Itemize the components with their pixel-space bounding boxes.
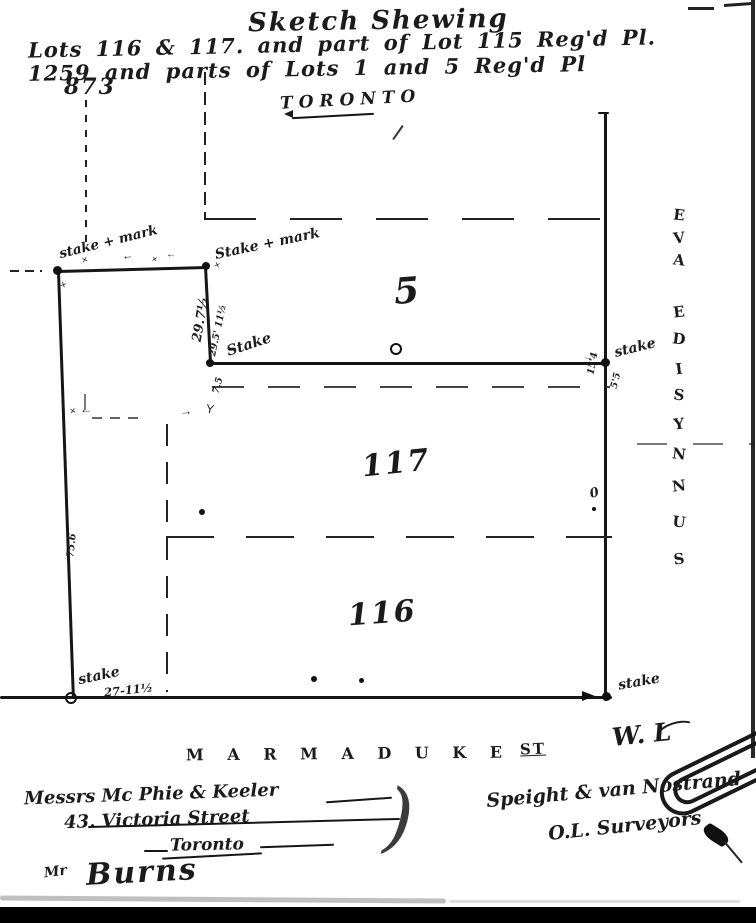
stake-point-jog-top: [202, 262, 210, 270]
city-strike-left: [144, 850, 168, 852]
wye-mark-icon: Y: [205, 402, 215, 417]
street-letter: V: [665, 227, 693, 248]
client-line-stroke: [326, 797, 392, 804]
street-letter: N: [665, 443, 693, 464]
paperclip-icon: [636, 712, 756, 842]
mid-guide-dashed-line: [204, 72, 206, 220]
scan-speck: [724, 2, 752, 7]
marmaduke-st-north-line: [0, 696, 612, 699]
street-letter: S: [665, 548, 693, 569]
stake-point-southeast: [602, 692, 611, 701]
client-surname: Burns: [85, 852, 198, 893]
pen-slash-mark: [392, 125, 403, 140]
street-letter: S: [665, 384, 693, 405]
stake-bottom-right-label: stake: [617, 670, 661, 693]
stake-point-northwest: [53, 266, 62, 275]
left-guide-dashed-line: [85, 100, 87, 242]
lot5-south-boundary-line: [210, 362, 609, 365]
ink-blob-tail: [723, 841, 743, 864]
right-stake-arrow-left-icon: ←: [645, 335, 658, 349]
tick-mark-icon: ×: [212, 259, 221, 271]
lot-5-number: 5: [393, 269, 421, 313]
survey-sketch-page: Sketch Shewing Lots 116 & 117. and part …: [0, 0, 756, 923]
sunnyside-ave-west-line: [604, 113, 607, 701]
stake-point-east-mid: [601, 358, 610, 367]
scan-smudge-line: [0, 895, 446, 903]
city-strike-right: [260, 844, 334, 849]
street-letter: E: [665, 301, 693, 322]
street-letter: D: [665, 328, 693, 349]
ink-dot: [199, 509, 205, 515]
lot116-117-dashed-line: [166, 536, 612, 538]
street-letter: I: [665, 358, 693, 379]
northwest-corner-left-dashes: [10, 270, 42, 272]
survey-ring-mark: [390, 343, 402, 355]
client-name-line: Messrs Mc Phie & Keeler: [24, 780, 279, 810]
street-letter: N: [665, 475, 693, 496]
stake-mark-mid-label: Stake + mark: [214, 225, 322, 263]
marmaduke-street-label: M A R M A D U K E: [186, 743, 511, 765]
stake-point-southwest: [65, 692, 77, 704]
north-arrow-head-icon: [284, 110, 293, 118]
left-short-dashed-line: [92, 417, 140, 419]
tick-arrow-icon: ←: [121, 249, 134, 262]
marmaduke-line-arrow-icon: [582, 691, 595, 701]
ink-dot: [311, 676, 317, 682]
right-extension-dashed-line: [637, 443, 753, 445]
stake-mark-left-label: stake + mark: [58, 222, 160, 262]
lot5-south-dashed-line: [212, 386, 610, 388]
client-honorific: Mr: [43, 862, 68, 881]
north-arrow-shaft: [292, 113, 374, 119]
marmaduke-street-suffix: ST: [520, 740, 547, 759]
scan-smudge-line-light: [450, 900, 740, 903]
scan-speck: [688, 7, 714, 10]
title-line-4: 873: [64, 74, 116, 100]
inner-dashed-line: [166, 424, 168, 692]
street-letter: A: [665, 249, 693, 270]
left-arrow-icon: ←: [80, 402, 92, 416]
client-address-line: 43. Victoria Street: [64, 806, 250, 833]
tick-mark-icon: ×: [81, 254, 89, 266]
right-stake-arrow-icon: →: [582, 351, 594, 364]
tick-mark-icon: ×: [151, 254, 158, 265]
paper-brace-mark: ): [382, 771, 416, 861]
scan-edge-right-strip: [751, 0, 755, 758]
street-letter: U: [665, 511, 693, 532]
right-zero-mark: 0: [588, 485, 601, 502]
sunnyside-line-top-serif: [598, 112, 609, 114]
lot-117-number: 117: [360, 443, 432, 485]
stake-mid-label: Stake: [224, 329, 273, 359]
top-block-dashed-line: [204, 218, 616, 220]
ink-dot: [359, 678, 364, 683]
lot-116-number: 116: [347, 594, 418, 634]
street-letter: Y: [665, 413, 693, 434]
street-letter: E: [665, 204, 693, 225]
mid-arrow-icon: →: [179, 404, 192, 419]
north-boundary-line: [57, 266, 209, 273]
scan-edge-bottom-bar: [0, 907, 756, 923]
tick-arrow-icon: ←: [166, 249, 177, 261]
left-arrow-mark-icon: ×: [69, 406, 77, 418]
west-boundary-line: [57, 272, 75, 698]
city-label: TORONTO: [280, 86, 422, 113]
right-zero-dot: [592, 507, 596, 511]
